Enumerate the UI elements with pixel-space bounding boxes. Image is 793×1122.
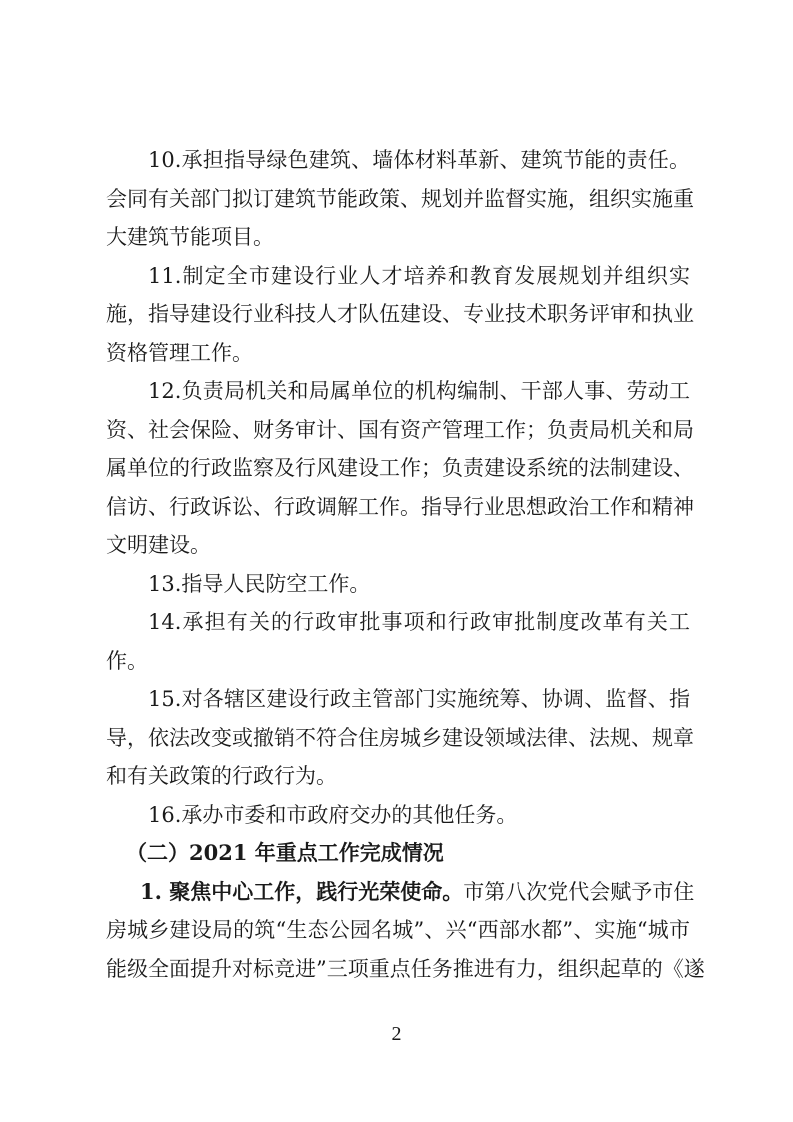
document-page: 10.承担指导绿色建筑、墙体材料革新、建筑节能的责任。 会同有关部门拟订建筑节能…	[0, 0, 793, 1122]
paragraph-item-11-line-3: 资格管理工作。	[106, 338, 690, 368]
paragraph-item-10-line-2: 会同有关部门拟订建筑节能政策、规划并监督实施，组织实施重	[106, 184, 690, 214]
paragraph-item-15-line-2: 导，依法改变或撤销不符合住房城乡建设领域法律、法规、规章	[106, 723, 690, 753]
paragraph-item-14-line-2: 作。	[106, 646, 690, 676]
page-number: 2	[0, 1023, 793, 1046]
paragraph-item-13-line-1: 13.指导人民防空工作。	[148, 569, 690, 599]
paragraph-item-15-line-3: 和有关政策的行政行为。	[106, 761, 690, 791]
section-heading: （二）2021 年重点工作完成情况	[126, 838, 668, 868]
point-1-line-2: 房城乡建设局的筑“生态公园名城”、兴“西部水都”、实施“城市	[106, 915, 690, 945]
point-1-line-1-rest: 市第八次党代会赋予市住	[463, 880, 694, 904]
paragraph-item-10-line-3: 大建筑节能项目。	[106, 222, 690, 252]
point-1-bold-lead: 1. 聚焦中心工作，践行光荣使命。	[140, 879, 463, 904]
paragraph-item-12-line-5: 文明建设。	[106, 530, 690, 560]
paragraph-item-16-line-1: 16.承办市委和市政府交办的其他任务。	[148, 800, 690, 830]
paragraph-item-11-line-2: 施，指导建设行业科技人才队伍建设、专业技术职务评审和执业	[106, 299, 690, 329]
paragraph-item-15-line-1: 15.对各辖区建设行政主管部门实施统筹、协调、监督、指	[148, 684, 690, 714]
paragraph-item-11-line-1: 11.制定全市建设行业人才培养和教育发展规划并组织实	[148, 261, 690, 291]
paragraph-item-14-line-1: 14.承担有关的行政审批事项和行政审批制度改革有关工	[148, 607, 690, 637]
paragraph-item-12-line-3: 属单位的行政监察及行风建设工作；负责建设系统的法制建设、	[106, 453, 690, 483]
paragraph-item-10-line-1: 10.承担指导绿色建筑、墙体材料革新、建筑节能的责任。	[148, 145, 690, 175]
paragraph-item-12-line-2: 资、社会保险、财务审计、国有资产管理工作；负责局机关和局	[106, 415, 690, 445]
paragraph-item-12-line-1: 12.负责局机关和局属单位的机构编制、干部人事、劳动工	[148, 376, 690, 406]
point-1-line-1: 1. 聚焦中心工作，践行光荣使命。市第八次党代会赋予市住	[140, 877, 690, 907]
point-1-line-3: 能级全面提升对标竞进”三项重点任务推进有力，组织起草的《遂	[106, 954, 690, 984]
paragraph-item-12-line-4: 信访、行政诉讼、行政调解工作。指导行业思想政治工作和精神	[106, 492, 690, 522]
